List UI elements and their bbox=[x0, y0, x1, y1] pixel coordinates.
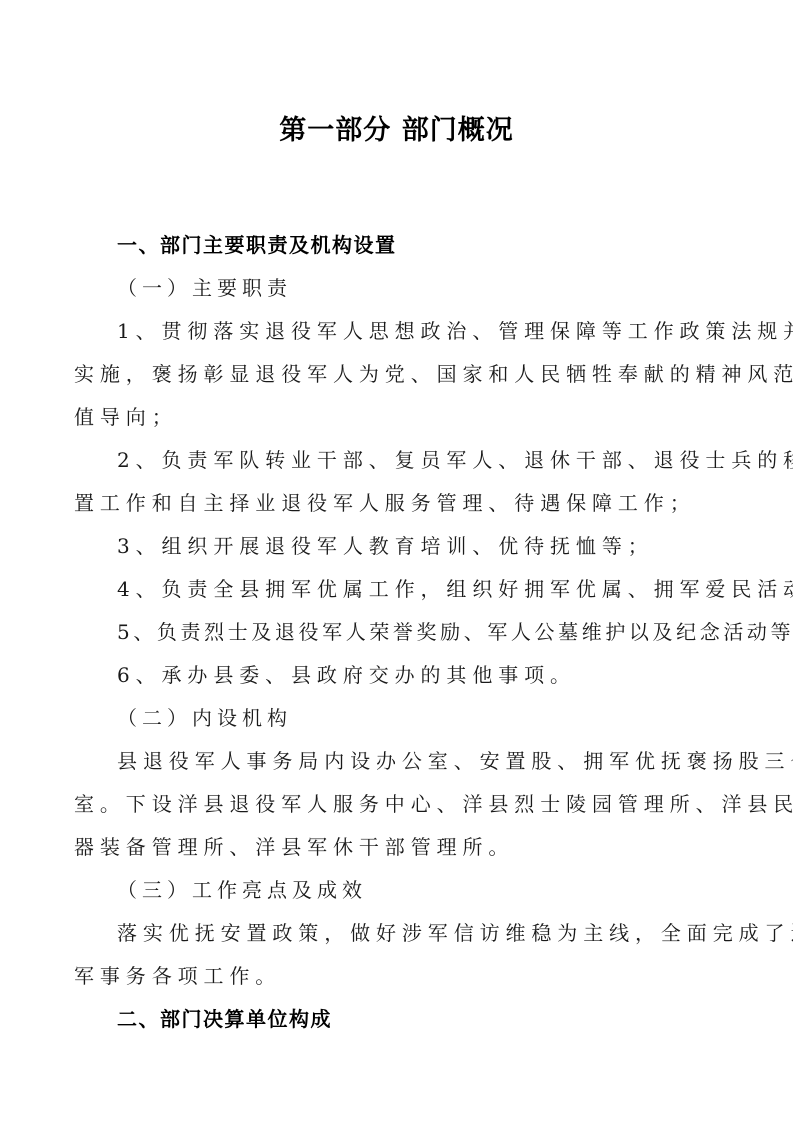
duty-item-1-line-1: 1、贯彻落实退役军人思想政治、管理保障等工作政策法规并组织 bbox=[117, 317, 767, 345]
internal-structure-line-1: 县退役军人事务局内设办公室、安置股、拥军优抚褒扬股三个科 bbox=[117, 747, 767, 775]
duty-item-3: 3、组织开展退役军人教育培训、优待抚恤等； bbox=[117, 532, 767, 560]
highlights-line-1: 落实优抚安置政策，做好涉军信访维稳为主线，全面完成了退役 bbox=[117, 919, 767, 947]
duty-item-4: 4、负责全县拥军优属工作，组织好拥军优属、拥军爱民活动； bbox=[117, 575, 767, 603]
internal-structure-line-2: 室。下设洋县退役军人服务中心、洋县烈士陵园管理所、洋县民兵武 bbox=[74, 790, 724, 818]
section-heading-2: 二、部门决算单位构成 bbox=[117, 1005, 767, 1033]
subsection-heading-highlights: （三）工作亮点及成效 bbox=[117, 876, 767, 904]
internal-structure-line-3: 器装备管理所、洋县军休干部管理所。 bbox=[74, 833, 724, 861]
duty-item-1-line-3: 值导向； bbox=[74, 403, 724, 431]
page-title: 第一部分 部门概况 bbox=[0, 108, 793, 147]
duty-item-5: 5、负责烈士及退役军人荣誉奖励、军人公墓维护以及纪念活动等； bbox=[117, 618, 767, 646]
duty-item-2-line-1: 2、负责军队转业干部、复员军人、退休干部、退役士兵的移交安 bbox=[117, 446, 767, 474]
section-heading-1: 一、部门主要职责及机构设置 bbox=[117, 231, 767, 259]
subsection-heading-main-duties: （一）主要职责 bbox=[117, 274, 767, 302]
duty-item-6: 6、承办县委、县政府交办的其他事项。 bbox=[117, 661, 767, 689]
duty-item-1-line-2: 实施，褒扬彰显退役军人为党、国家和人民牺牲奉献的精神风范和价 bbox=[74, 360, 724, 388]
subsection-heading-internal-structure: （二）内设机构 bbox=[117, 704, 767, 732]
document-page: 第一部分 部门概况 一、部门主要职责及机构设置 （一）主要职责 1、贯彻落实退役… bbox=[0, 0, 793, 1122]
highlights-line-2: 军事务各项工作。 bbox=[74, 962, 724, 990]
duty-item-2-line-2: 置工作和自主择业退役军人服务管理、待遇保障工作； bbox=[74, 489, 724, 517]
